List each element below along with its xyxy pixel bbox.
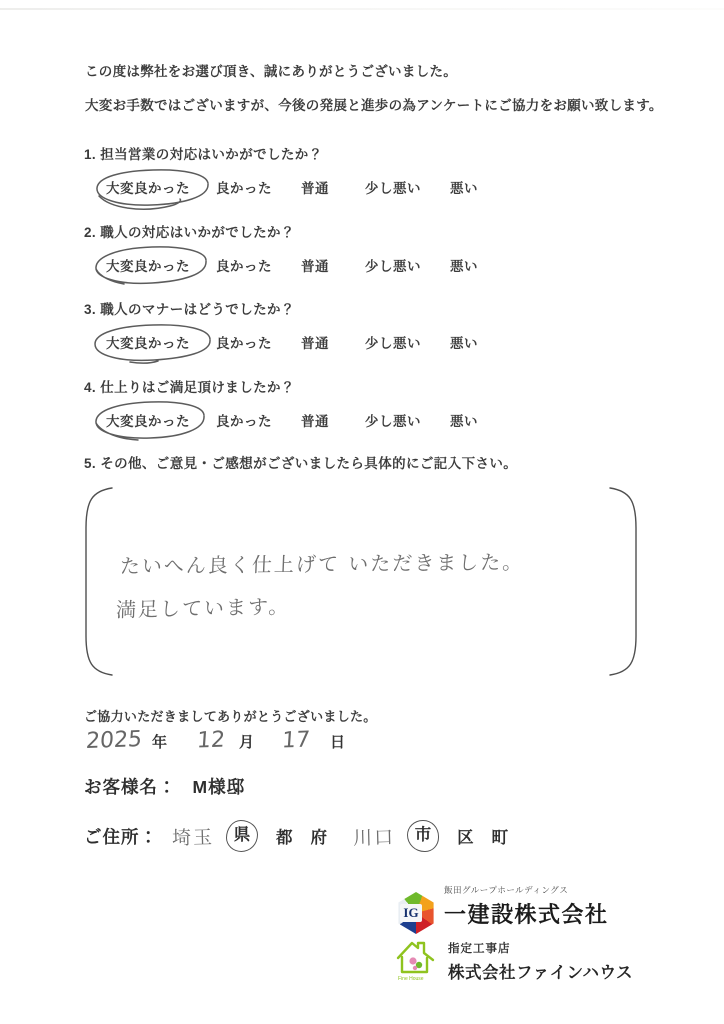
fine-house-logo-text: 指定工事店 株式会社ファインハウス bbox=[448, 940, 633, 983]
house-caption-text: Fine House bbox=[398, 976, 424, 982]
option-slightly-bad: 少し悪い bbox=[365, 332, 450, 352]
question-3-label: 3. 職人のマナーはどうでしたか？ bbox=[84, 298, 684, 318]
option-very-good: 大変良かった bbox=[106, 410, 216, 430]
customer-name-label: お客様名： bbox=[84, 774, 177, 799]
option-normal: 普通 bbox=[301, 255, 365, 275]
builder-company-name: 株式会社ファインハウス bbox=[448, 959, 633, 983]
handwritten-month: 12 bbox=[196, 727, 226, 753]
question-2: 2. 職人の対応はいかがでしたか？ 大変良かった 良かった 普通 少し悪い 悪い bbox=[84, 221, 684, 275]
city-suffix-shi-circled: 市 bbox=[407, 820, 439, 852]
option-slightly-bad: 少し悪い bbox=[365, 410, 450, 430]
house-icon: Fine House bbox=[394, 938, 440, 982]
question-5-label: 5. その他、ご意見・ご感想がございましたら具体的にご記入下さい。 bbox=[84, 452, 517, 472]
option-very-good: 大変良かった bbox=[106, 177, 216, 197]
address-label: ご住所： bbox=[84, 824, 158, 849]
handwritten-year: 2025 bbox=[85, 727, 143, 754]
question-4-label: 4. 仕上りはご満足頂けましたか？ bbox=[84, 376, 684, 396]
customer-name-row: お客様名： M様邸 bbox=[84, 774, 245, 799]
closing-thanks: ご協力いただきましてありがとうございました。 bbox=[84, 706, 377, 725]
handdrawn-circle-icon bbox=[90, 321, 218, 367]
comment-box-brackets bbox=[78, 484, 644, 682]
address-row: ご住所： 埼玉 県 都 府 川口 市 区 町 bbox=[84, 818, 508, 854]
option-slightly-bad: 少し悪い bbox=[365, 255, 450, 275]
option-good: 良かった bbox=[216, 255, 301, 275]
question-3: 3. 職人のマナーはどうでしたか？ 大変良かった 良かった 普通 少し悪い 悪い bbox=[84, 298, 684, 352]
handwritten-prefecture: 埼玉 bbox=[172, 822, 215, 850]
prefecture-suffix-ken-circled: 県 bbox=[226, 820, 258, 852]
scan-artifact-line bbox=[0, 8, 724, 10]
handwritten-day: 17 bbox=[281, 727, 311, 753]
fine-house-logo: Fine House 指定工事店 株式会社ファインハウス bbox=[394, 938, 633, 983]
option-bad: 悪い bbox=[450, 332, 478, 352]
question-1-options: 大変良かった 良かった 普通 少し悪い 悪い bbox=[106, 177, 684, 197]
question-3-options: 大変良かった 良かった 普通 少し悪い 悪い bbox=[106, 332, 684, 352]
question-1-label: 1. 担当営業の対応はいかがでしたか？ bbox=[84, 143, 684, 163]
ig-monogram: IG bbox=[400, 904, 422, 922]
ichijo-logo-text: 飯田グループホールディングス 一建設株式会社 bbox=[444, 884, 609, 929]
option-very-good: 大変良かった bbox=[106, 255, 216, 275]
date-row: 2025 年 12 月 17 日 bbox=[86, 728, 345, 753]
option-good: 良かった bbox=[216, 332, 301, 352]
option-normal: 普通 bbox=[301, 177, 365, 197]
prefecture-suffix-to: 都 bbox=[276, 824, 293, 848]
handdrawn-circle-icon bbox=[90, 166, 218, 212]
group-holdings-name: 飯田グループホールディングス bbox=[444, 884, 609, 896]
option-bad: 悪い bbox=[450, 255, 478, 275]
handwritten-city: 川口 bbox=[353, 822, 396, 850]
city-suffix-cho: 町 bbox=[492, 824, 509, 848]
option-slightly-bad: 少し悪い bbox=[365, 177, 450, 197]
company-name: 一建設株式会社 bbox=[444, 898, 609, 929]
year-unit-label: 年 bbox=[152, 731, 167, 752]
option-good: 良かった bbox=[216, 410, 301, 430]
option-normal: 普通 bbox=[301, 410, 365, 430]
day-unit-label: 日 bbox=[330, 731, 345, 752]
handwritten-comment-line-2: 満足しています。 bbox=[116, 590, 291, 623]
option-good: 良かった bbox=[216, 177, 301, 197]
month-unit-label: 月 bbox=[239, 731, 254, 752]
handdrawn-circle-icon bbox=[90, 399, 218, 445]
question-4-options: 大変良かった 良かった 普通 少し悪い 悪い bbox=[106, 410, 684, 430]
intro-line-2: 大変お手数ではございますが、今後の発展と進歩の為アンケートにご協力をお願い致しま… bbox=[85, 94, 663, 114]
question-2-options: 大変良かった 良かった 普通 少し悪い 悪い bbox=[106, 255, 684, 275]
intro-line-1: この度は弊社をお選び頂き、誠にありがとうございました。 bbox=[85, 60, 457, 80]
question-4: 4. 仕上りはご満足頂けましたか？ 大変良かった 良かった 普通 少し悪い 悪い bbox=[84, 376, 684, 430]
option-bad: 悪い bbox=[450, 177, 478, 197]
option-normal: 普通 bbox=[301, 332, 365, 352]
option-very-good: 大変良かった bbox=[106, 332, 216, 352]
customer-name-value: M様邸 bbox=[193, 774, 246, 799]
city-suffix-ku: 区 bbox=[457, 824, 474, 848]
prefecture-suffix-fu: 府 bbox=[311, 824, 328, 848]
question-1: 1. 担当営業の対応はいかがでしたか？ 大変良かった 良かった 普通 少し悪い … bbox=[84, 143, 684, 197]
ichijo-kensetsu-logo: IG 飯田グループホールディングス 一建設株式会社 bbox=[396, 884, 609, 934]
question-2-label: 2. 職人の対応はいかがでしたか？ bbox=[84, 221, 684, 241]
survey-document: この度は弊社をお選び頂き、誠にありがとうございました。 大変お手数ではございます… bbox=[0, 0, 724, 1024]
designated-shop-label: 指定工事店 bbox=[448, 940, 633, 956]
iida-group-cube-icon: IG bbox=[396, 892, 436, 934]
handdrawn-circle-icon bbox=[90, 244, 218, 290]
option-bad: 悪い bbox=[450, 410, 478, 430]
handwritten-comment-line-1: たいへん良く仕上げて いただきました。 bbox=[119, 546, 525, 579]
